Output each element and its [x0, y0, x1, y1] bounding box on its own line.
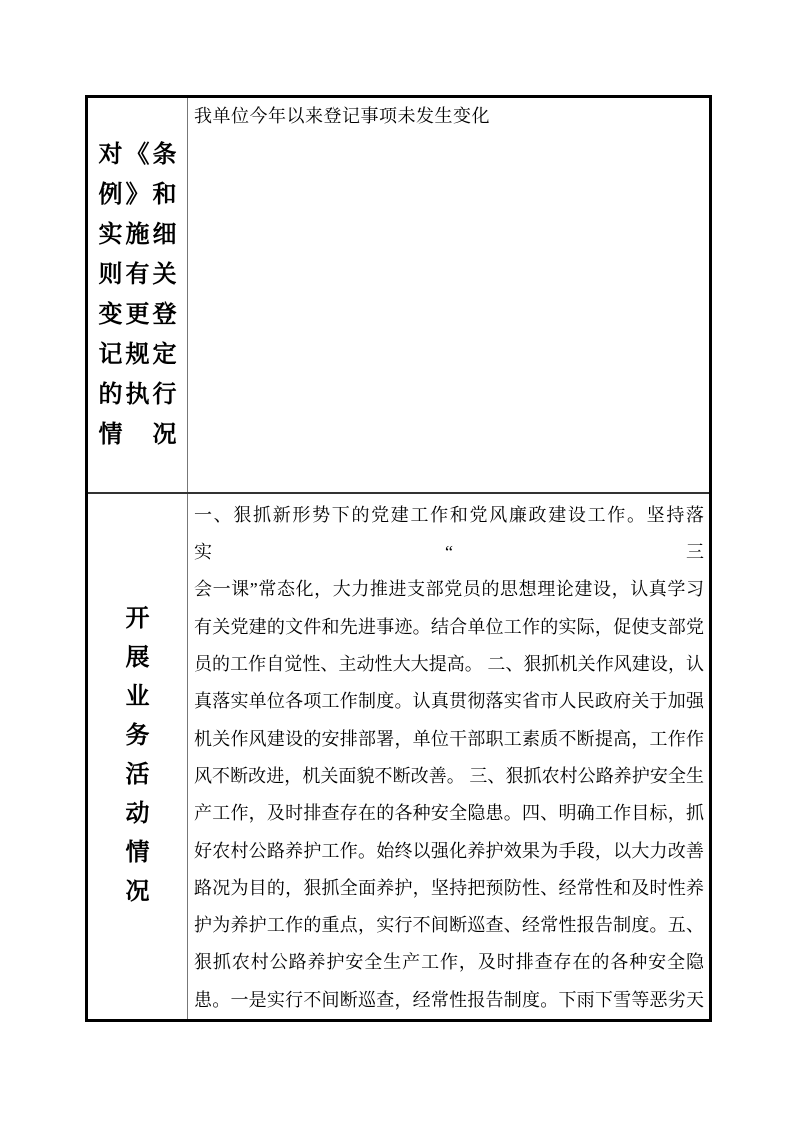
table-row-business-activities: 开展业务活动情况 一、狠抓新形势下的党建工作和党风廉政建设工作。坚持落实“三会一… [88, 494, 709, 1019]
label-line: 活 [126, 756, 150, 795]
content-line: 狠抓农村公路养护安全生产工作，及时排查存在的各种安全隐 [194, 944, 704, 981]
content-line: 风不断改进，机关面貌不断改善。 三、狠抓农村公路养护安全生 [194, 758, 704, 795]
label-line: 变更登 [99, 295, 177, 335]
label-line: 情 [126, 834, 150, 873]
label-line: 动 [126, 795, 150, 834]
content-line: 好农村公路养护工作。始终以强化养护效果为手段，以大力改善 [194, 833, 704, 870]
label-line: 情 况 [99, 415, 177, 455]
row-label-business-activities: 开展业务活动情况 [126, 600, 150, 912]
row-label-cell-regulation-compliance: 对《条例》和实施细则有关变更登记规定的执行情 况 [88, 98, 188, 492]
content-line: 真落实单位各项工作制度。认真贯彻落实省市人民政府关于加强 [194, 683, 704, 720]
content-line: 会一课”常态化，大力推进支部党员的思想理论建设，认真学习 [194, 571, 704, 608]
label-line: 展 [126, 639, 150, 678]
label-line: 的执行 [99, 375, 177, 415]
content-line: 产工作，及时排查存在的各种安全隐患。四、明确工作目标，抓 [194, 795, 704, 832]
content-line: 机关作风建设的安排部署，单位干部职工素质不断提高，工作作 [194, 721, 704, 758]
label-line: 则有关 [99, 255, 177, 295]
registration-form-table: 对《条例》和实施细则有关变更登记规定的执行情 况 我单位今年以来登记事项未发生变… [85, 95, 712, 1022]
label-line: 例》和 [99, 175, 177, 215]
content-line: 患。一是实行不间断巡查，经常性报告制度。下雨下雪等恶劣天 [194, 982, 704, 1019]
content-line: 员的工作自觉性、主动性大大提高。 二、狠抓机关作风建设，认 [194, 646, 704, 683]
table-row-regulation-compliance: 对《条例》和实施细则有关变更登记规定的执行情 况 我单位今年以来登记事项未发生变… [88, 98, 709, 494]
row-content-regulation-compliance: 我单位今年以来登记事项未发生变化 [188, 98, 709, 492]
label-line: 实施细 [99, 215, 177, 255]
row-content-business-activities: 一、狠抓新形势下的党建工作和党风廉政建设工作。坚持落实“三会一课”常态化，大力推… [188, 494, 709, 1019]
label-line: 况 [126, 873, 150, 912]
content-line: 一、狠抓新形势下的党建工作和党风廉政建设工作。坚持落实“三 [194, 497, 704, 572]
label-line: 务 [126, 717, 150, 756]
document-page: 对《条例》和实施细则有关变更登记规定的执行情 况 我单位今年以来登记事项未发生变… [0, 0, 794, 1122]
row-label-cell-business-activities: 开展业务活动情况 [88, 494, 188, 1019]
content-line: 路况为目的，狠抓全面养护，坚持把预防性、经常性和及时性养 [194, 870, 704, 907]
content-line: 护为养护工作的重点，实行不间断巡查、经常性报告制度。五、 [194, 907, 704, 944]
label-line: 业 [126, 678, 150, 717]
label-line: 对《条 [99, 135, 177, 175]
label-line: 开 [126, 600, 150, 639]
content-line: 有关党建的文件和先进事迹。结合单位工作的实际，促使支部党 [194, 609, 704, 646]
row-label-regulation-compliance: 对《条例》和实施细则有关变更登记规定的执行情 况 [99, 135, 177, 455]
label-line: 记规定 [99, 335, 177, 375]
content-line: 我单位今年以来登记事项未发生变化 [194, 101, 704, 131]
